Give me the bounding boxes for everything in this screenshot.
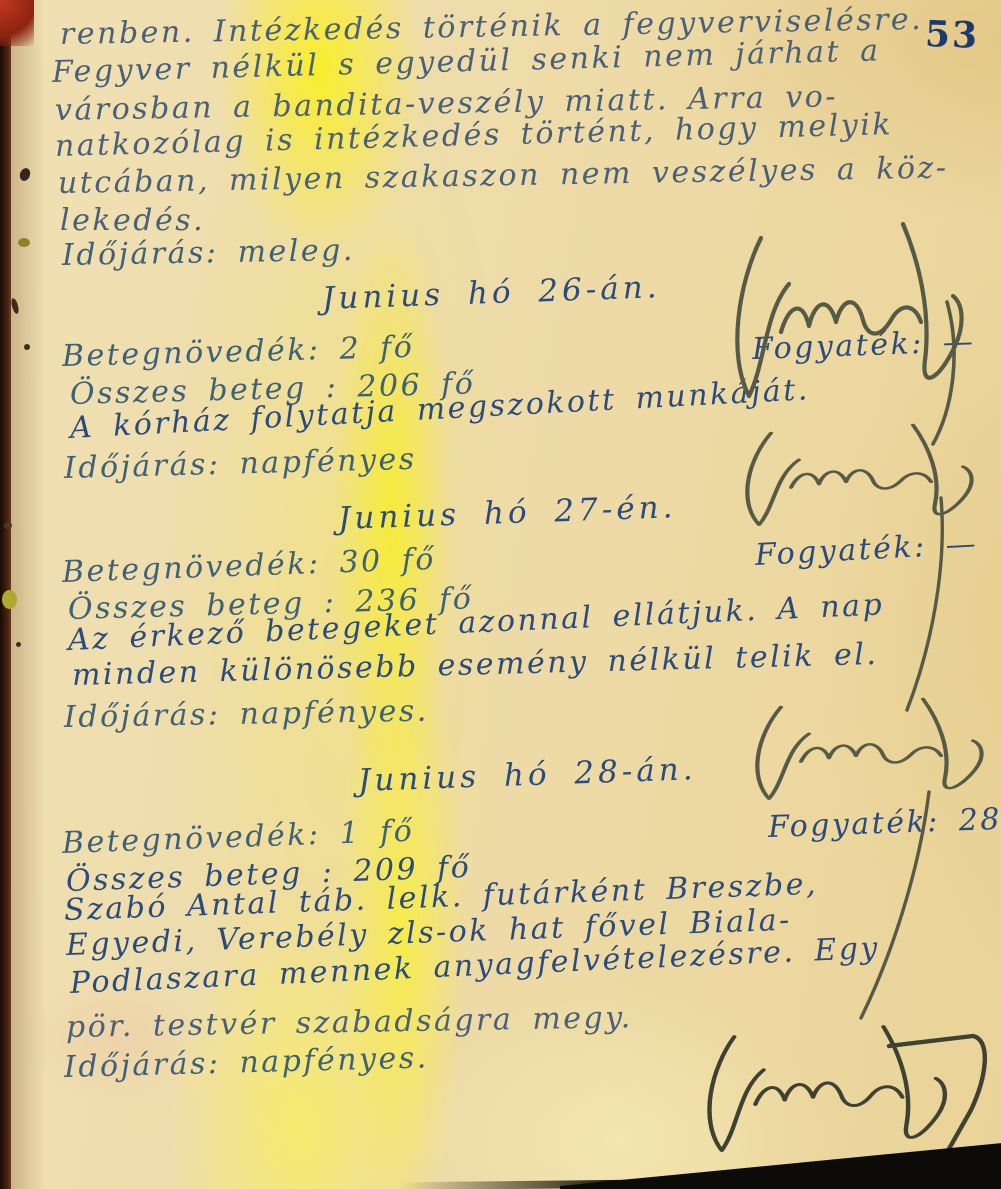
binding-speck: [18, 238, 30, 247]
intro-line: lekedés.: [60, 206, 205, 236]
page-number: 53: [924, 16, 979, 54]
binding-speck: [16, 642, 21, 647]
weather-line: Időjárás: napfényes: [64, 445, 417, 484]
admissions-line: Betegnövedék: 2 fő: [62, 333, 415, 372]
signature-mark: [695, 212, 995, 452]
binding-speck: [24, 344, 30, 350]
binding-corner-red: [0, 0, 34, 46]
signature-mark: [705, 418, 1001, 718]
weather-line: Időjárás: meleg.: [62, 236, 355, 271]
weather-line: Időjárás: napfényes.: [64, 697, 429, 733]
binding-speck: [4, 522, 12, 529]
diary-page-scan: 53 renben. Intézkedés történik a fegyver…: [0, 0, 1001, 1189]
binding-speck: [2, 590, 17, 609]
signature-mark: [715, 692, 1001, 1022]
